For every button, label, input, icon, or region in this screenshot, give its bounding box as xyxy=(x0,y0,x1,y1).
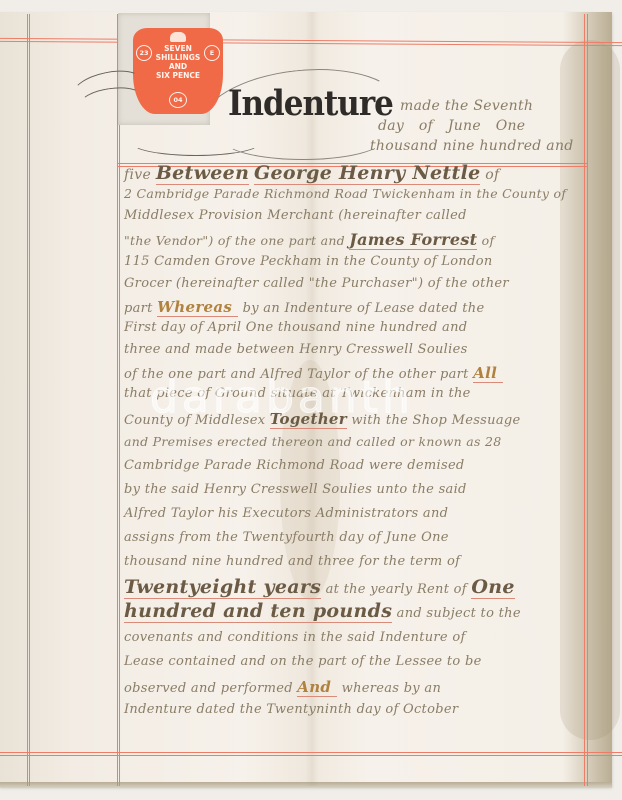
stamp-number: 23 xyxy=(136,45,152,61)
text-line: 115 Camden Grove Peckham in the County o… xyxy=(124,254,493,269)
text-line: and Premises erected thereon and called … xyxy=(124,434,501,449)
text-line: five Between George Henry Nettle of xyxy=(124,162,499,184)
text-line: "the Vendor") of the one part and James … xyxy=(124,230,494,249)
bottom-rule xyxy=(0,752,622,753)
rent-amount-start: One xyxy=(471,576,514,599)
text-line: covenants and conditions in the said Ind… xyxy=(124,630,466,645)
text-line: Alfred Taylor his Executors Administrato… xyxy=(124,506,448,521)
stamp-letter: E xyxy=(204,45,220,61)
text-line: Grocer (hereinafter called "the Purchase… xyxy=(124,276,509,291)
text-line: First day of April One thousand nine hun… xyxy=(124,320,467,335)
text-line: County of Middlesex Together with the Sh… xyxy=(124,410,520,428)
margin-rule-left-outer-2 xyxy=(29,14,30,786)
crown-icon xyxy=(170,32,186,42)
lease-term: Twentyeight years xyxy=(124,576,321,599)
margin-rule-left-outer xyxy=(27,14,28,786)
text-line: made the Seventh xyxy=(400,98,533,114)
text-line: thousand nine hundred and three for the … xyxy=(124,554,460,569)
text-line: hundred and ten pounds and subject to th… xyxy=(124,600,521,622)
rent-amount: hundred and ten pounds xyxy=(124,600,392,623)
emphasis-together: Together xyxy=(270,410,347,429)
text-line: Lease contained and on the part of the L… xyxy=(124,654,482,669)
stamp-text-1: SEVEN xyxy=(151,44,205,53)
bottom-rule-2 xyxy=(0,755,622,756)
emphasis-all: All xyxy=(473,364,503,383)
party-purchaser-name: James Forrest xyxy=(349,230,477,250)
stamp-text-2: SHILLINGS xyxy=(151,53,205,62)
emphasis-and: And xyxy=(297,678,337,697)
margin-rule-right xyxy=(584,14,585,786)
text-line: day of June One xyxy=(378,118,525,134)
stamp-text-4: SIX PENCE xyxy=(151,71,205,80)
text-line: assigns from the Twentyfourth day of Jun… xyxy=(124,530,449,545)
text-line: part Whereas by an Indenture of Lease da… xyxy=(124,298,484,316)
margin-rule-left-inner-2 xyxy=(119,14,120,786)
document-heading: Indenture xyxy=(228,84,393,124)
margin-rule-left-inner xyxy=(117,14,118,786)
revenue-stamp: 23 E SEVEN SHILLINGS AND SIX PENCE 04 xyxy=(133,28,223,114)
stamp-year: 04 xyxy=(169,92,187,108)
text-line: that piece of Ground situate at Twickenh… xyxy=(124,386,471,401)
text-line: thousand nine hundred and xyxy=(370,138,574,154)
emphasis-whereas: Whereas xyxy=(157,298,238,317)
text-line: observed and performed And whereas by an xyxy=(124,678,441,696)
text-line: 2 Cambridge Parade Richmond Road Twicken… xyxy=(124,186,566,201)
text-line: three and made between Henry Cresswell S… xyxy=(124,342,468,357)
emphasis-between: Between xyxy=(156,162,249,185)
text-line: Cambridge Parade Richmond Road were demi… xyxy=(124,458,465,473)
margin-rule-right-2 xyxy=(587,14,588,786)
text-line: by the said Henry Cresswell Soulies unto… xyxy=(124,482,467,497)
text-line: Middlesex Provision Merchant (hereinafte… xyxy=(124,208,467,223)
stamp-text-3: AND xyxy=(151,62,205,71)
text-line: Indenture dated the Twentyninth day of O… xyxy=(124,702,458,717)
text-line: of the one part and Alfred Taylor of the… xyxy=(124,364,503,382)
flourish-ornament xyxy=(222,118,384,160)
party-vendor-name: George Henry Nettle xyxy=(254,162,481,185)
text-line: Twentyeight years at the yearly Rent of … xyxy=(124,576,515,598)
